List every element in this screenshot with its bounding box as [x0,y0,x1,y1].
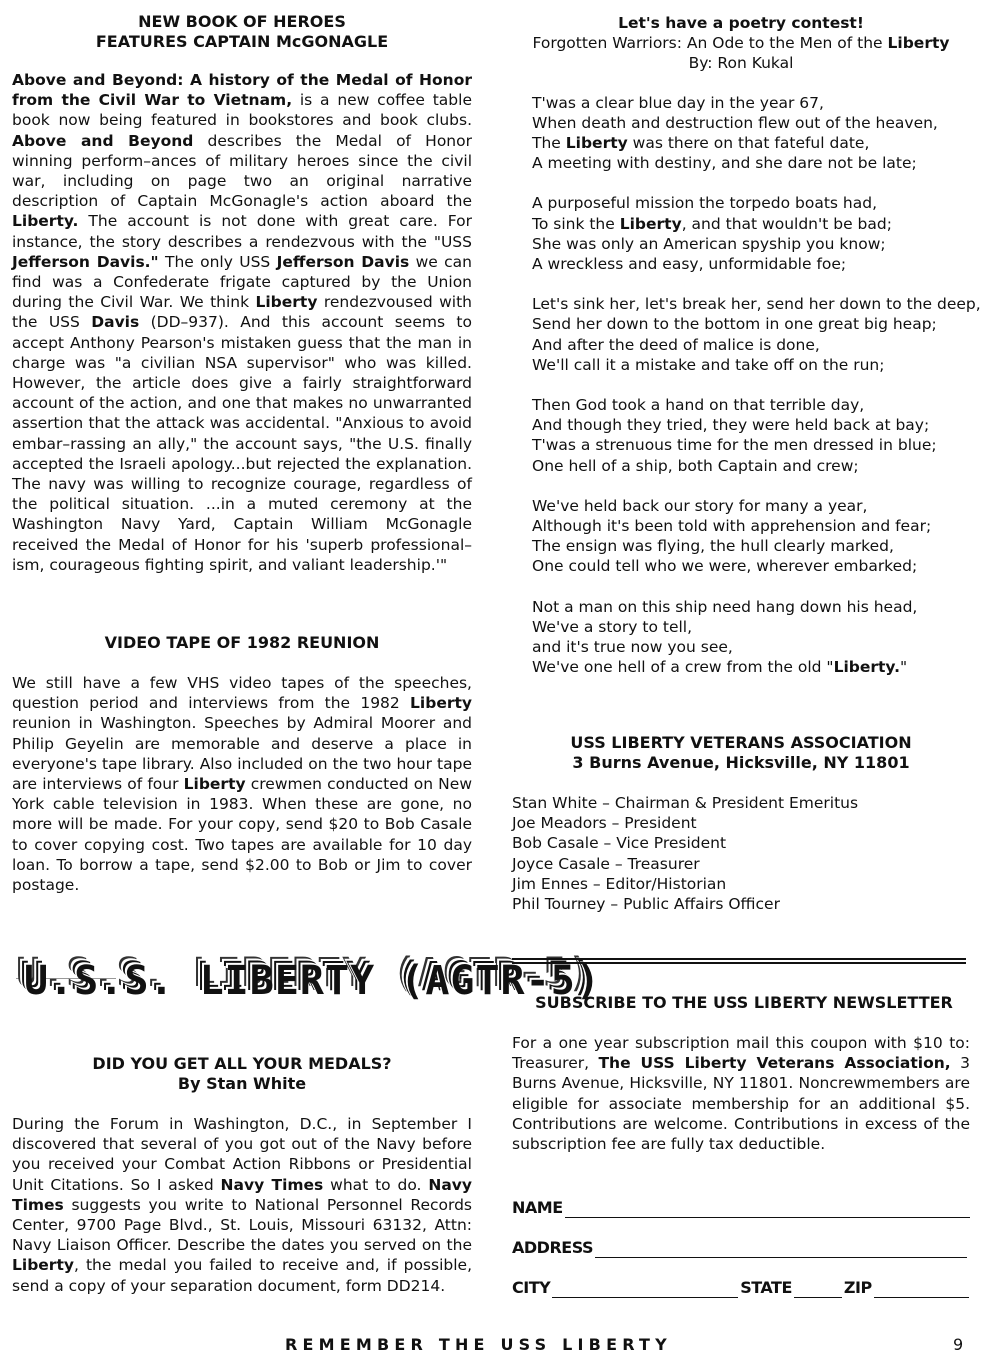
poem-line: and it's true now you see, [532,637,970,657]
ship-name: Liberty [255,293,317,311]
association-name-bold: The USS Liberty Veterans Association, [598,1054,950,1072]
poem-stanza: Not a man on this ship need hang down hi… [532,597,970,678]
poem-line: We've a story to tell, [532,617,970,637]
video-headline: VIDEO TAPE OF 1982 REUNION [12,633,472,653]
body-text: The account is not done with great care.… [12,212,472,250]
divider-rule [512,962,966,964]
book-headline-line2: FEATURES CAPTAIN McGONAGLE [12,32,472,52]
officer-entry: Stan White – Chairman & President Emerit… [512,793,970,813]
city-state-zip-row: CITY STATE ZIP [512,1274,972,1298]
medals-body: During the Forum in Washington, D.C., in… [12,1114,472,1296]
state-field[interactable] [794,1279,842,1298]
association-address: 3 Burns Avenue, Hicksville, NY 11801 [512,753,970,773]
medals-byline: By Stan White [12,1074,472,1094]
poem-stanza: Let's sink her, let's break her, send he… [532,294,970,375]
name-field[interactable] [565,1199,970,1218]
officer-entry: Phil Tourney – Public Affairs Officer [512,894,970,914]
poem-stanza: T'was a clear blue day in the year 67,Wh… [532,93,970,174]
poem-line: We've one hell of a crew from the old "L… [532,657,970,677]
poem-line: We've held back our story for many a yea… [532,496,970,516]
poem-stanza: Then God took a hand on that terrible da… [532,395,970,476]
article-book: NEW BOOK OF HEROES FEATURES CAPTAIN McGO… [12,12,472,575]
divider-rule [512,958,966,960]
address-row: ADDRESS [512,1234,972,1258]
ship-name: Jefferson Davis." [12,253,159,271]
body-text: (DD–937). And this account seems to acce… [12,313,472,573]
poem-line: Let's sink her, let's break her, send he… [532,294,970,314]
article-medals: DID YOU GET ALL YOUR MEDALS? By Stan Whi… [12,1054,472,1296]
ship-name: Liberty [410,694,472,712]
poem-line: She was only an American spyship you kno… [532,234,970,254]
page-number: 9 [953,1335,963,1355]
poem-line: One could tell who we were, wherever emb… [532,556,970,576]
poem-author: By: Ron Kukal [512,53,970,73]
body-text: , the medal you failed to receive and, i… [12,1256,472,1294]
ship-name: Liberty. [12,212,78,230]
book-headline-line1: NEW BOOK OF HEROES [12,12,472,32]
poem-line: Not a man on this ship need hang down hi… [532,597,970,617]
name-row: NAME [512,1194,972,1218]
poem-line: One hell of a ship, both Captain and cre… [532,456,970,476]
poem-line: Then God took a hand on that terrible da… [532,395,970,415]
poem-line: A wreckless and easy, unformidable foe; [532,254,970,274]
body-text: We still have a few VHS video tapes of t… [12,674,472,712]
association-name: USS LIBERTY VETERANS ASSOCIATION [512,733,970,753]
zip-field[interactable] [874,1279,969,1298]
book-body: Above and Beyond: A history of the Medal… [12,70,472,575]
poem-title-text: Forgotten Warriors: An Ode to the Men of… [533,34,888,52]
name-label: NAME [512,1198,563,1218]
book-title-ref: Above and Beyond [12,132,193,150]
officers-list: Stan White – Chairman & President Emerit… [512,793,970,914]
ship-name: Davis [91,313,139,331]
city-field[interactable] [552,1279,738,1298]
poem-line: To sink the Liberty, and that wouldn't b… [532,214,970,234]
body-text: The only USS [159,253,277,271]
city-label: CITY [512,1278,550,1298]
body-text: suggests you write to National Personnel… [12,1196,472,1254]
video-body: We still have a few VHS video tapes of t… [12,673,472,895]
ship-banner-logo: U.S.S. LIBERTY (AGTR-5) [24,955,464,1007]
officer-entry: Bob Casale – Vice President [512,833,970,853]
poem-title: Forgotten Warriors: An Ode to the Men of… [512,33,970,53]
poem-section: Let's have a poetry contest! Forgotten W… [512,13,970,697]
publication-name: Navy Times [221,1176,324,1194]
address-field[interactable] [595,1239,967,1258]
poem-line: And though they tried, they were held ba… [532,415,970,435]
poetry-contest-headline: Let's have a poetry contest! [512,13,970,33]
poem-line: When death and destruction flew out of t… [532,113,970,133]
zip-label: ZIP [844,1278,872,1298]
body-text: what to do. [323,1176,428,1194]
poem-line: Although it's been told with apprehensio… [532,516,970,536]
ship-name: Jefferson Davis [277,253,410,271]
ship-name: Liberty [12,1256,74,1274]
poem-line: And after the deed of malice is done, [532,335,970,355]
medals-headline: DID YOU GET ALL YOUR MEDALS? [12,1054,472,1074]
ship-name: Liberty [888,34,950,52]
article-video: VIDEO TAPE OF 1982 REUNION We still have… [12,633,472,895]
poem-line: T'was a clear blue day in the year 67, [532,93,970,113]
association-section: USS LIBERTY VETERANS ASSOCIATION 3 Burns… [512,733,970,914]
ship-name: Liberty [184,775,246,793]
officer-entry: Joyce Casale – Treasurer [512,854,970,874]
state-label: STATE [740,1278,792,1298]
poem-line: The ensign was flying, the hull clearly … [532,536,970,556]
poem-stanza: We've held back our story for many a yea… [532,496,970,577]
officer-entry: Joe Meadors – President [512,813,970,833]
poem-body: T'was a clear blue day in the year 67,Wh… [532,93,970,678]
poem-line: A meeting with destiny, and she dare not… [532,153,970,173]
poem-line: Send her down to the bottom in one great… [532,314,970,334]
poem-line: The Liberty was there on that fateful da… [532,133,970,153]
officer-entry: Jim Ennes – Editor/Historian [512,874,970,894]
footer-slogan: REMEMBER THE USS LIBERTY [285,1335,672,1355]
subscribe-headline: SUBSCRIBE TO THE USS LIBERTY NEWSLETTER [518,993,970,1013]
address-label: ADDRESS [512,1238,593,1258]
poem-line: T'was a strenuous time for the men dress… [532,435,970,455]
poem-line: A purposeful mission the torpedo boats h… [532,193,970,213]
poem-line: We'll call it a mistake and take off on … [532,355,970,375]
poem-stanza: A purposeful mission the torpedo boats h… [532,193,970,274]
subscribe-body: For a one year subscription mail this co… [512,1033,970,1154]
